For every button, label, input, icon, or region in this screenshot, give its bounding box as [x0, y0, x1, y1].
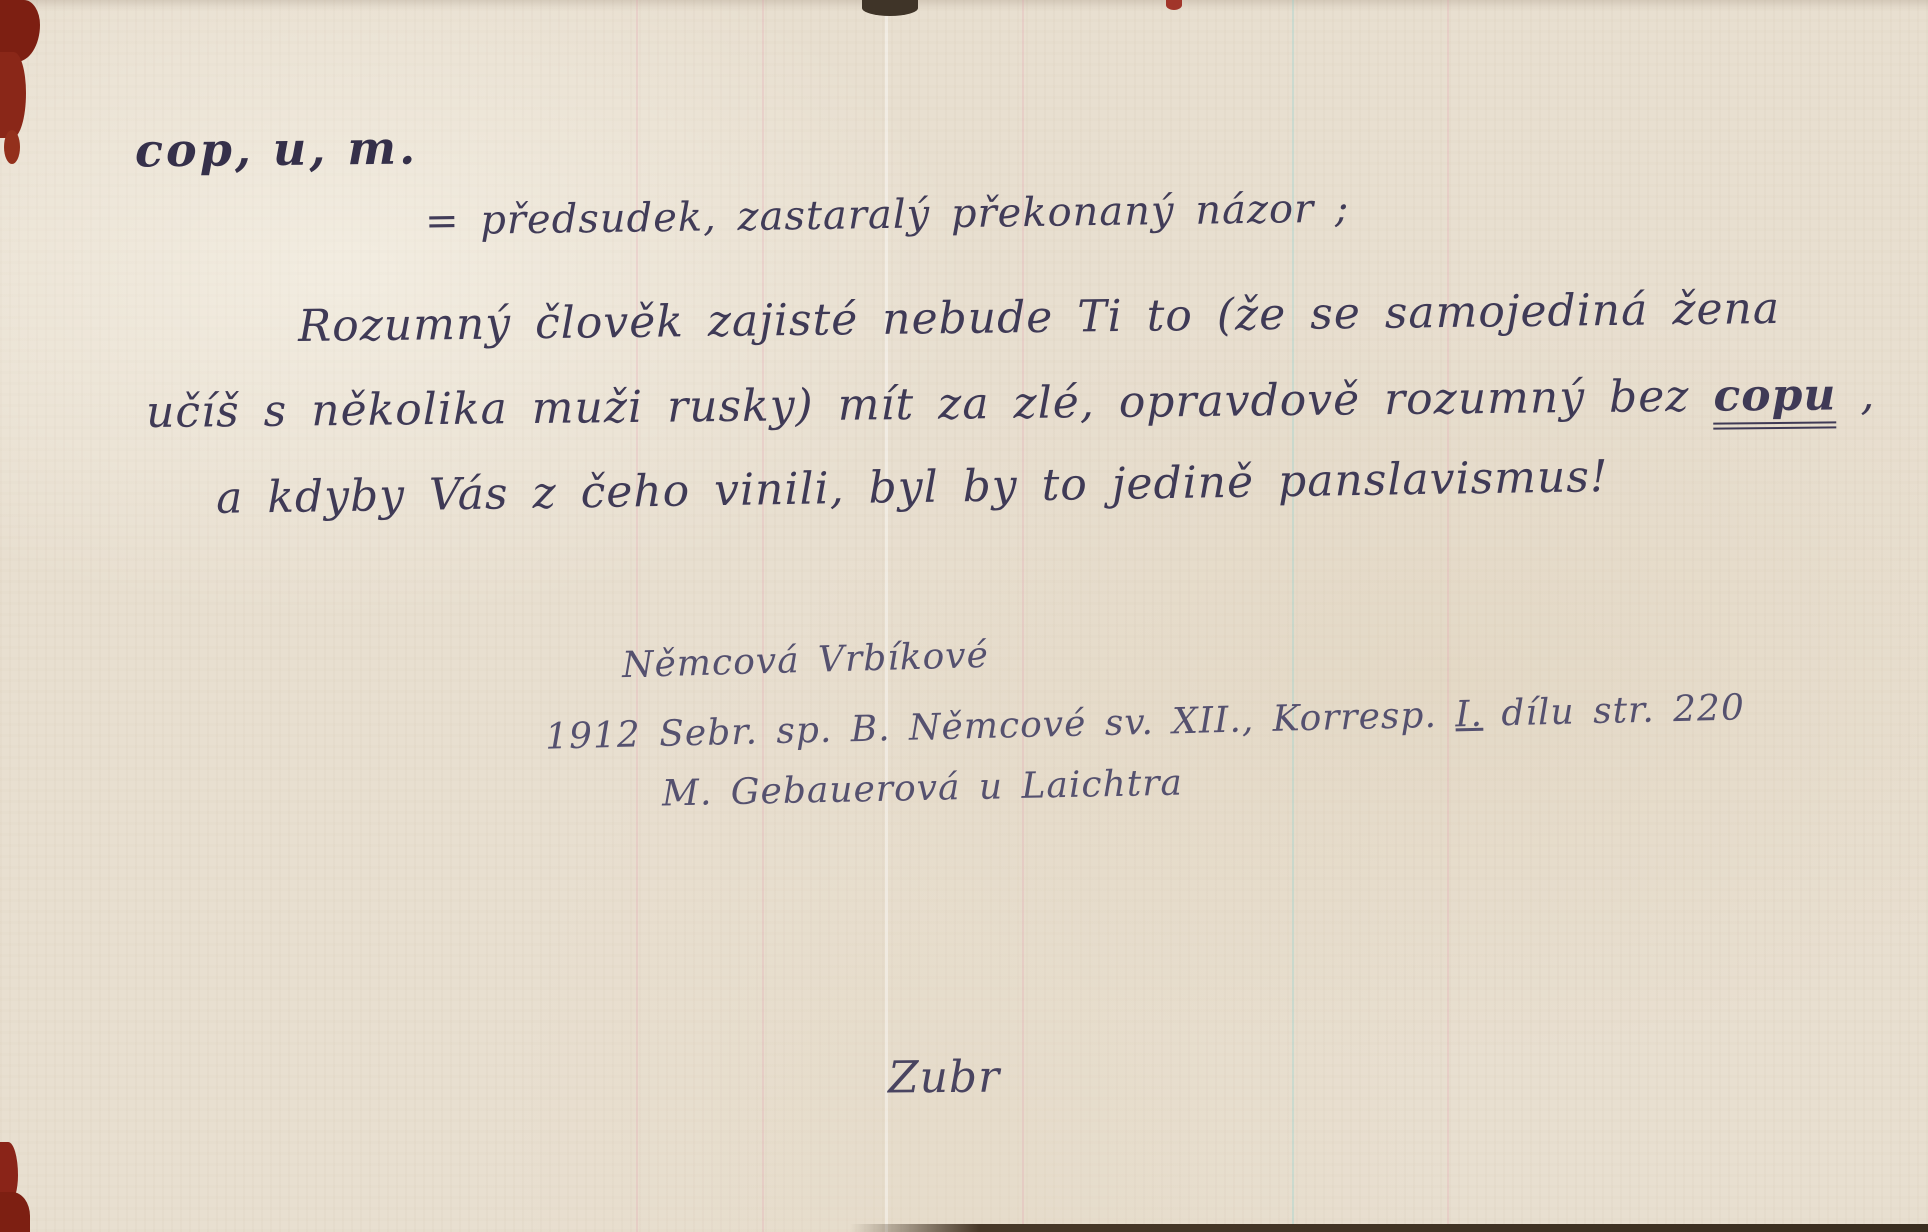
citation-volume-underlined: I.	[1455, 694, 1484, 736]
definition-line: = předsudek, zastaralý překonaný názor ;	[425, 186, 1350, 245]
scan-edge-red-bottom-left	[0, 1192, 30, 1232]
scan-edge-red-bottom-left	[0, 1142, 18, 1202]
scan-edge-red-top-left	[0, 52, 26, 138]
paper-rule-line	[762, 0, 764, 1232]
citation-source-text: 1912 Sebr. sp. B. Němcové sv. XII., Korr…	[545, 694, 1456, 757]
paper-crease	[885, 0, 888, 1232]
quote-line-3: a kdyby Vás z čeho vinili, byl by to jed…	[216, 451, 1609, 524]
paper-rule-line	[636, 0, 638, 1232]
quote-line-2-comma: ,	[1836, 369, 1876, 420]
paper-rule-line	[1022, 0, 1024, 1232]
citation-author: Němcová Vrbíkové	[621, 635, 989, 686]
scan-edge-red-fleck	[4, 130, 20, 164]
citation-source: 1912 Sebr. sp. B. Němcové sv. XII., Korr…	[545, 687, 1746, 757]
citation-source-page: dílu str. 220	[1482, 687, 1745, 734]
scan-smudge-top	[862, 0, 918, 16]
scanned-card: cop, u, m. = předsudek, zastaralý překon…	[0, 0, 1928, 1232]
scan-edge-bottom-strip	[850, 1224, 1928, 1232]
quote-underlined-word: copu	[1713, 369, 1837, 429]
citation-editor: M. Gebauerová u Laichtra	[662, 763, 1184, 815]
paper-rule-line	[1292, 0, 1294, 1232]
quote-line-2: učíš s několika muži rusky) mít za zlé, …	[146, 369, 1876, 438]
quote-line-1: Rozumný člověk zajisté nebude Ti to (že …	[298, 283, 1781, 352]
excerptor-signature: Zubr	[888, 1052, 1001, 1104]
scan-fleck-top	[1166, 0, 1182, 10]
quote-line-2-text: učíš s několika muži rusky) mít za zlé, …	[146, 371, 1690, 438]
headword: cop, u, m.	[135, 121, 419, 178]
top-edge-shadow	[0, 0, 1928, 10]
paper-rule-line	[1447, 0, 1449, 1232]
scan-edge-red-top-left	[0, 0, 40, 62]
